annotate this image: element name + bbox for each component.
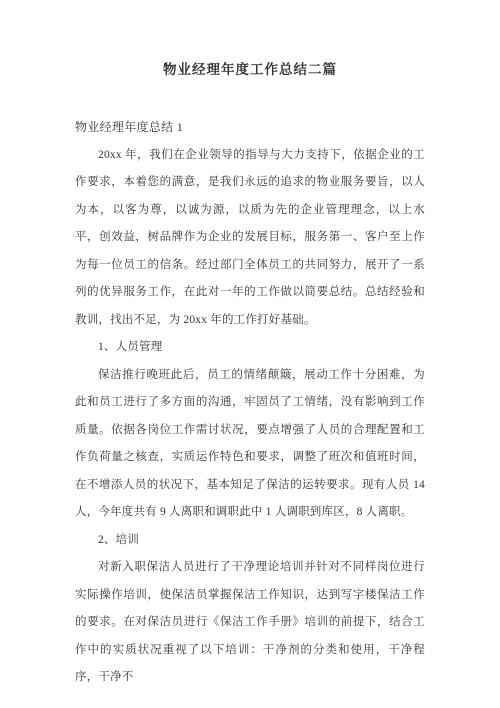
subheading-training: 2、培训 [75, 527, 425, 555]
paragraph-training: 对新入职保洁人员进行了干净理论培训并针对不同样岗位进行实际操作培训，使保洁员掌握… [75, 554, 425, 692]
document-page: 物业经理年度工作总结二篇 物业经理年度总结 1 20xx 年，我们在企业领导的指… [0, 0, 500, 708]
subheading-personnel-management: 1、人员管理 [75, 334, 425, 362]
document-title: 物业经理年度工作总结二篇 [75, 58, 425, 78]
paragraph-personnel-management: 保洁推行晚班此后，员工的情绪颠簸，展动工作十分困难，为此和员工进行了多方面的沟通… [75, 362, 425, 527]
paragraph-intro: 20xx 年，我们在企业领导的指导与大力支持下，依据企业的工作要求，本着您的满意… [75, 142, 425, 335]
section-heading-summary-1: 物业经理年度总结 1 [75, 114, 425, 142]
document-content: 物业经理年度工作总结二篇 物业经理年度总结 1 20xx 年，我们在企业领导的指… [0, 0, 500, 692]
